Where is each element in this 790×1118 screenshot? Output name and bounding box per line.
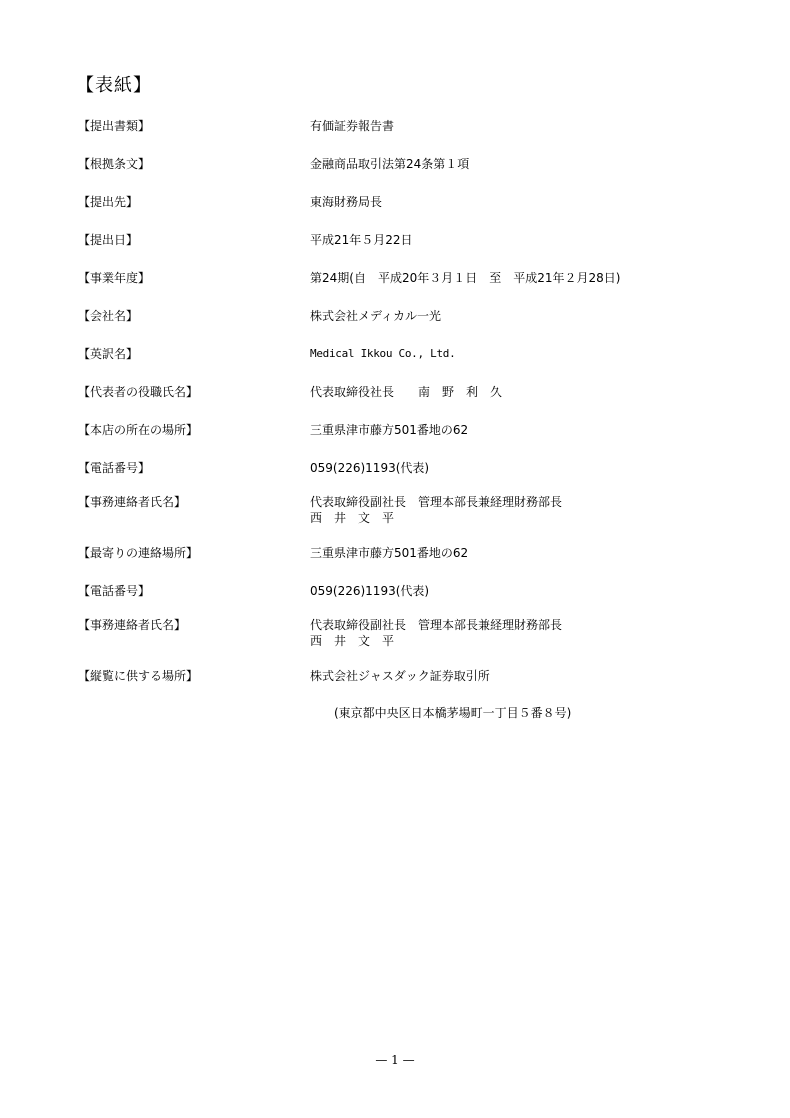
field-label: 【提出書類】 xyxy=(78,118,150,134)
field-label: 【英訳名】 xyxy=(78,346,138,362)
field-value: Medical Ikkou Co., Ltd. xyxy=(310,346,455,362)
field-value: 株式会社メディカル一光 xyxy=(310,308,441,324)
inspection-place-address: (東京都中央区日本橋茅場町一丁目５番８号) xyxy=(334,705,571,721)
field-label: 【事務連絡者氏名】 xyxy=(78,617,186,633)
field-value: 代表取締役副社長 管理本部長兼経理財務部長 xyxy=(310,617,562,633)
field-label: 【代表者の役職氏名】 xyxy=(78,384,198,400)
field-value: 株式会社ジャスダック証券取引所 xyxy=(310,668,490,684)
field-value: 第24期(自 平成20年３月１日 至 平成21年２月28日) xyxy=(310,270,620,286)
field-label: 【事業年度】 xyxy=(78,270,150,286)
field-value: 代表取締役副社長 管理本部長兼経理財務部長 xyxy=(310,494,562,510)
field-value: 平成21年５月22日 xyxy=(310,232,413,248)
field-value-line2: 西 井 文 平 xyxy=(310,633,394,649)
field-value: 東海財務局長 xyxy=(310,194,382,210)
field-label: 【本店の所在の場所】 xyxy=(78,422,198,438)
field-label: 【事務連絡者氏名】 xyxy=(78,494,186,510)
field-value: 059(226)1193(代表) xyxy=(310,583,429,599)
field-value: 有価証券報告書 xyxy=(310,118,394,134)
field-value: 金融商品取引法第24条第１項 xyxy=(310,156,469,172)
field-label: 【最寄りの連絡場所】 xyxy=(78,545,198,561)
field-label: 【縦覧に供する場所】 xyxy=(78,668,198,684)
field-label: 【提出先】 xyxy=(78,194,138,210)
field-label: 【会社名】 xyxy=(78,308,138,324)
field-label: 【電話番号】 xyxy=(78,583,150,599)
field-value: 三重県津市藤方501番地の62 xyxy=(310,422,468,438)
page-title: 【表紙】 xyxy=(76,74,152,98)
field-value-line2: 西 井 文 平 xyxy=(310,510,394,526)
page-number: — 1 — xyxy=(0,1052,790,1068)
field-label: 【根拠条文】 xyxy=(78,156,150,172)
field-value: 代表取締役社長 南 野 利 久 xyxy=(310,384,502,400)
field-label: 【提出日】 xyxy=(78,232,138,248)
field-label: 【電話番号】 xyxy=(78,460,150,476)
field-value: 三重県津市藤方501番地の62 xyxy=(310,545,468,561)
field-value: 059(226)1193(代表) xyxy=(310,460,429,476)
